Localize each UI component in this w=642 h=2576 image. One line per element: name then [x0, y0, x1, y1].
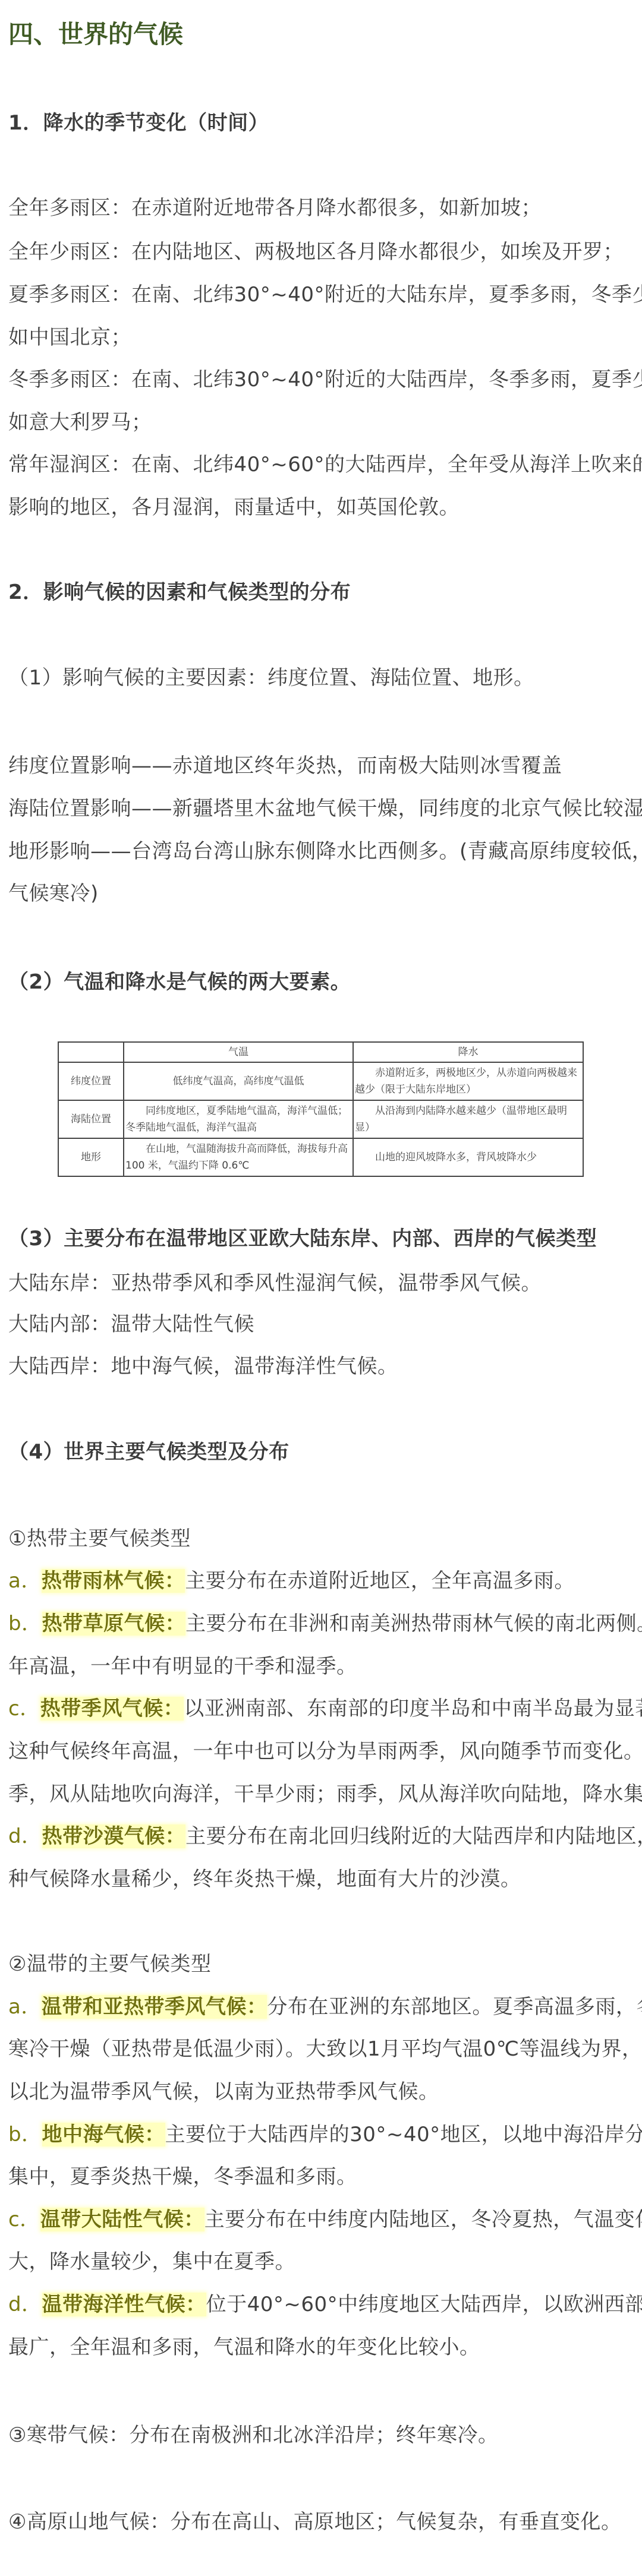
table-cell-temperature: 在山地，气温随海拔升高而降低，海拔每升高 100 米，气温约下降 0.6℃: [124, 1138, 353, 1176]
climate-desc: 主要分布在赤道附近地区，全年高温多雨。: [185, 1569, 575, 1593]
item-letter: a．: [8, 1995, 42, 2019]
paragraph-line: 如中国北京；: [8, 324, 637, 351]
paragraph-line: 以北为温带季风气候，以南为亚热带季风气候。: [8, 2079, 637, 2105]
climate-item: c．热带季风气候：以亚洲南部、东南部的印度半岛和中南半岛最为显著。: [8, 1696, 637, 1722]
paragraph-line: 年高温，一年中有明显的干季和湿季。: [8, 1653, 637, 1680]
climate-name-highlight: 热带季风气候：: [40, 1697, 184, 1721]
climate-name-highlight: 热带草原气候：: [42, 1612, 186, 1636]
highland-climate-line: ④高原山地气候：分布在高山、高原地区；气候复杂，有垂直变化。: [8, 2509, 637, 2535]
climate-desc: 主要分布在中纬度内陆地区，冬冷夏热，气温变化: [204, 2208, 642, 2231]
table-header-precipitation: 降水: [353, 1042, 583, 1062]
item-letter: c．: [8, 2208, 40, 2231]
subsection-2-heading: （2）气温和降水是气候的两大要素。: [8, 969, 637, 995]
paragraph-line: 大陆东岸：亚热带季风和季风性湿润气候，温带季风气候。: [8, 1270, 637, 1296]
paragraph-line: 季，风从陆地吹向海洋，干旱少雨；雨季，风从海洋吹向陆地，降水集中。: [8, 1781, 637, 1807]
climate-factors-table: 气温 降水 纬度位置 低纬度气温高，高纬度气温低 赤道附近多，两极地区少，从赤道…: [58, 1041, 584, 1177]
subsection-1-heading: （1）影响气候的主要因素：纬度位置、海陆位置、地形。: [8, 665, 637, 691]
paragraph-line: 海陆位置影响——新疆塔里木盆地气候干燥，同纬度的北京气候比较湿润: [8, 795, 637, 822]
climate-desc: 分布在亚洲的东部地区。夏季高温多雨，冬季: [267, 1995, 642, 2019]
table-cell-precipitation: 山地的迎风坡降水多，背风坡降水少: [353, 1138, 583, 1176]
table-cell-factor: 纬度位置: [58, 1062, 124, 1100]
paragraph-line: 夏季多雨区：在南、北纬30°~40°附近的大陆东岸，夏季多雨，冬季少雨，: [8, 282, 637, 308]
paragraph-line: 这种气候终年高温，一年中也可以分为旱雨两季，风向随季节而变化。旱: [8, 1738, 637, 1764]
section-1-heading: 1．降水的季节变化（时间）: [8, 110, 637, 136]
climate-name-highlight: 地中海气候：: [42, 2123, 165, 2146]
item-letter: b．: [8, 2123, 42, 2146]
subsection-4-heading: （4）世界主要气候类型及分布: [8, 1439, 637, 1465]
climate-item: c．温带大陆性气候：主要分布在中纬度内陆地区，冬冷夏热，气温变化: [8, 2206, 637, 2233]
climate-desc: 以亚洲南部、东南部的印度半岛和中南半岛最为显著。: [184, 1697, 642, 1721]
climate-item: d．温带海洋性气候：位于40°~60°中纬度地区大陆西岸，以欧洲西部分布: [8, 2291, 637, 2318]
temperate-heading: ②温带的主要气候类型: [8, 1951, 637, 1977]
climate-item: b．地中海气候：主要位于大陆西岸的30°~40°地区，以地中海沿岸分布最: [8, 2122, 637, 2148]
item-letter: d．: [8, 2293, 42, 2316]
table-cell-precipitation: 从沿海到内陆降水越来越少（温带地区最明显）: [353, 1100, 583, 1138]
table-row: 纬度位置 低纬度气温高，高纬度气温低 赤道附近多，两极地区少，从赤道向两极越来越…: [58, 1062, 583, 1100]
paragraph-line: 影响的地区，各月湿润，雨量适中，如英国伦敦。: [8, 494, 637, 520]
climate-name-highlight: 温带和亚热带季风气候：: [42, 1995, 267, 2019]
climate-desc: 位于40°~60°中纬度地区大陆西岸，以欧洲西部分布: [206, 2293, 642, 2316]
table-header-empty: [58, 1042, 124, 1062]
table-cell-temperature: 低纬度气温高，高纬度气温低: [124, 1062, 353, 1100]
climate-item: b．热带草原气候：主要分布在非洲和南美洲热带雨林气候的南北两侧。终: [8, 1611, 637, 1637]
paragraph-line: 种气候降水量稀少，终年炎热干燥，地面有大片的沙漠。: [8, 1866, 637, 1892]
subsection-3-heading: （3）主要分布在温带地区亚欧大陆东岸、内部、西岸的气候类型: [8, 1226, 637, 1252]
paragraph-line: 地形影响——台湾岛台湾山脉东侧降水比西侧多。(青藏高原纬度较低，但是: [8, 838, 637, 864]
paragraph-line: 大陆内部：温带大陆性气候: [8, 1311, 637, 1337]
item-letter: d．: [8, 1824, 42, 1848]
tropical-heading: ①热带主要气候类型: [8, 1526, 637, 1552]
climate-name-highlight: 温带大陆性气候：: [40, 2208, 204, 2231]
paragraph-line: 冬季多雨区：在南、北纬30°~40°附近的大陆西岸，冬季多雨，夏季少雨，: [8, 367, 637, 393]
climate-name-highlight: 热带沙漠气候：: [42, 1824, 186, 1848]
table-row: 海陆位置 同纬度地区，夏季陆地气温高，海洋气温低；冬季陆地气温低，海洋气温高 从…: [58, 1100, 583, 1138]
paragraph-line: 大，降水量较少，集中在夏季。: [8, 2249, 637, 2275]
climate-desc: 主要分布在南北回归线附近的大陆西岸和内陆地区，这: [185, 1824, 642, 1848]
paragraph-line: 大陆西岸：地中海气候，温带海洋性气候。: [8, 1353, 637, 1379]
table-cell-factor: 地形: [58, 1138, 124, 1176]
paragraph-line: 纬度位置影响——赤道地区终年炎热，而南极大陆则冰雪覆盖: [8, 753, 637, 779]
paragraph-line: 气候寒冷): [8, 880, 637, 907]
paragraph-line: 全年多雨区：在赤道附近地带各月降水都很多，如新加坡；: [8, 195, 637, 221]
climate-item: a．热带雨林气候：主要分布在赤道附近地区，全年高温多雨。: [8, 1568, 637, 1594]
paragraph-line: 寒冷干燥（亚热带是低温少雨）。大致以1月平均气温0℃等温线为界，此线: [8, 2036, 637, 2062]
paragraph-line: 集中，夏季炎热干燥，冬季温和多雨。: [8, 2164, 637, 2190]
table-cell-factor: 海陆位置: [58, 1100, 124, 1138]
paragraph-line: 最广，全年温和多雨，气温和降水的年变化比较小。: [8, 2334, 637, 2360]
paragraph-line: 全年少雨区：在内陆地区、两极地区各月降水都很少，如埃及开罗；: [8, 239, 637, 265]
table-cell-temperature: 同纬度地区，夏季陆地气温高，海洋气温低；冬季陆地气温低，海洋气温高: [124, 1100, 353, 1138]
climate-desc: 主要分布在非洲和南美洲热带雨林气候的南北两侧。终: [185, 1612, 642, 1636]
climate-name-highlight: 热带雨林气候：: [42, 1569, 185, 1593]
item-letter: c．: [8, 1697, 40, 1721]
page-title: 四、世界的气候: [8, 19, 183, 50]
climate-item: a．温带和亚热带季风气候：分布在亚洲的东部地区。夏季高温多雨，冬季: [8, 1994, 637, 2020]
paragraph-line: 如意大利罗马；: [8, 409, 637, 435]
item-letter: b．: [8, 1612, 42, 1636]
paragraph-line: 常年湿润区：在南、北纬40°~60°的大陆西岸，全年受从海洋上吹来的西风: [8, 452, 637, 478]
table-cell-precipitation: 赤道附近多，两极地区少，从赤道向两极越来越少（限于大陆东岸地区）: [353, 1062, 583, 1100]
cold-climate-line: ③寒带气候：分布在南极洲和北冰洋沿岸；终年寒冷。: [8, 2422, 637, 2448]
section-2-heading: 2．影响气候的因素和气候类型的分布: [8, 579, 637, 605]
item-letter: a．: [8, 1569, 42, 1593]
climate-desc: 主要位于大陆西岸的30°~40°地区，以地中海沿岸分布最: [165, 2123, 642, 2146]
table-row: 地形 在山地，气温随海拔升高而降低，海拔每升高 100 米，气温约下降 0.6℃…: [58, 1138, 583, 1176]
table-header-temperature: 气温: [124, 1042, 353, 1062]
climate-item: d．热带沙漠气候：主要分布在南北回归线附近的大陆西岸和内陆地区，这: [8, 1823, 637, 1849]
climate-name-highlight: 温带海洋性气候：: [42, 2293, 206, 2316]
